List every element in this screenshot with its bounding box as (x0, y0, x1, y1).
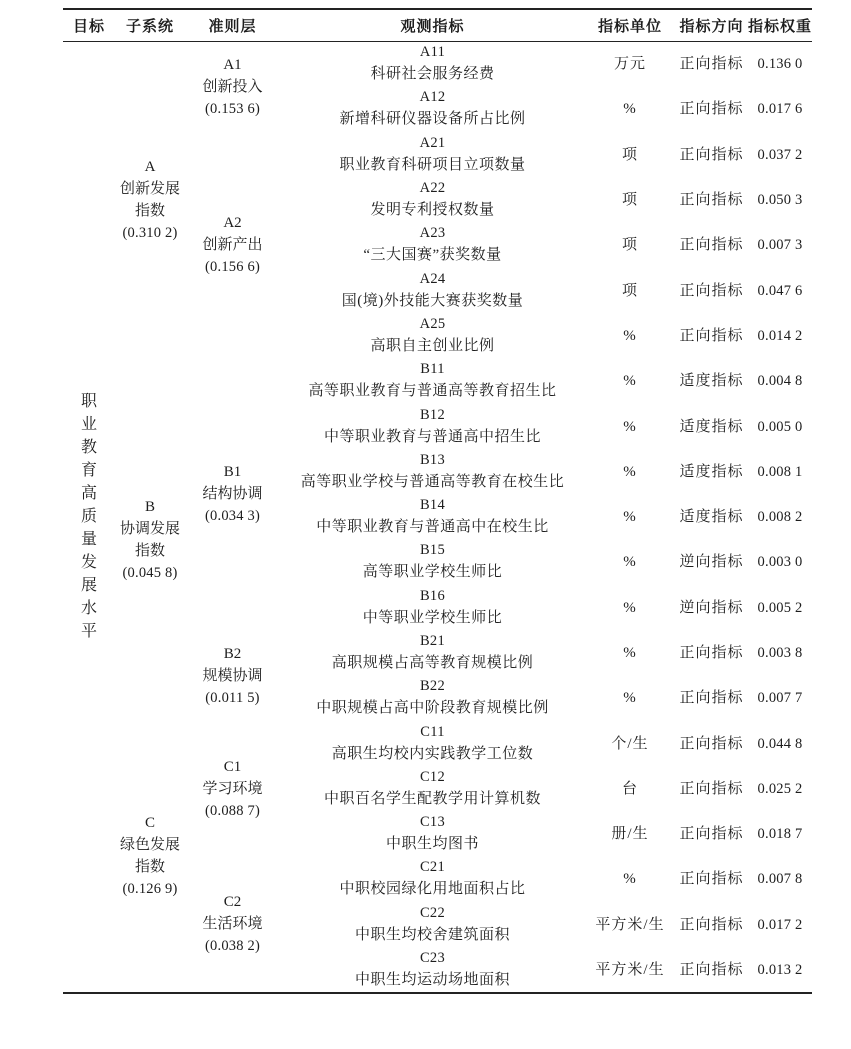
indicator-code: B12 (280, 405, 585, 426)
indicator-name: 国(境)外技能大赛获奖数量 (280, 290, 585, 313)
goal-cell: 职 业 教 育 高 质 量 发 展 水 平 (63, 42, 115, 993)
goal-char: 高 (81, 482, 97, 505)
indicator-cell: B14 中等职业教育与普通高中在校生比 (280, 494, 585, 539)
criterion-name: 学习环境 (185, 778, 280, 800)
table-row: B 协调发展 指数 (0.045 8) B1 结构协调 (0.034 3) B1… (63, 359, 812, 404)
indicator-name: 中职生均校舍建筑面积 (280, 924, 585, 947)
weight-cell: 0.050 3 (748, 177, 812, 222)
indicator-cell: A11 科研社会服务经费 (280, 42, 585, 87)
header-direction: 指标方向 (675, 9, 748, 42)
indicator-name: 中职生均运动场地面积 (280, 969, 585, 992)
direction-cell: 逆向指标 (675, 540, 748, 585)
indicator-code: A12 (280, 87, 585, 108)
goal-char: 职 (81, 390, 97, 413)
indicator-code: C21 (280, 857, 585, 878)
criterion-code: B1 (185, 461, 280, 483)
indicator-name: 中职生均图书 (280, 833, 585, 856)
unit-cell: 项 (585, 268, 675, 313)
criterion-weight: (0.038 2) (185, 935, 280, 957)
criterion-weight: (0.088 7) (185, 800, 280, 822)
indicator-code: B14 (280, 495, 585, 516)
criterion-weight: (0.034 3) (185, 505, 280, 527)
direction-cell: 正向指标 (675, 268, 748, 313)
indicator-cell: C11 高职生均校内实践教学工位数 (280, 721, 585, 766)
weight-cell: 0.003 8 (748, 630, 812, 675)
indicator-name: 高等职业教育与普通高等教育招生比 (280, 380, 585, 403)
weight-cell: 0.025 2 (748, 766, 812, 811)
goal-char: 量 (81, 528, 97, 551)
unit-cell: 个/生 (585, 721, 675, 766)
unit-cell: 项 (585, 177, 675, 222)
unit-cell: 万元 (585, 42, 675, 87)
indicator-code: B21 (280, 631, 585, 652)
indicator-name: 中职百名学生配教学用计算机数 (280, 788, 585, 811)
weight-cell: 0.136 0 (748, 42, 812, 87)
weight-cell: 0.037 2 (748, 132, 812, 177)
unit-cell: % (585, 494, 675, 539)
indicator-name: 高等职业学校生师比 (280, 561, 585, 584)
criterion-name: 生活环境 (185, 913, 280, 935)
indicator-cell: A22 发明专利授权数量 (280, 177, 585, 222)
weight-cell: 0.017 2 (748, 902, 812, 947)
direction-cell: 正向指标 (675, 857, 748, 902)
header-unit: 指标单位 (585, 9, 675, 42)
header-row: 目标 子系统 准则层 观测指标 指标单位 指标方向 指标权重 (63, 9, 812, 42)
indicator-code: A23 (280, 223, 585, 244)
criterion-code: B2 (185, 643, 280, 665)
indicator-code: C12 (280, 767, 585, 788)
direction-cell: 适度指标 (675, 449, 748, 494)
indicator-name: 高等职业学校与普通高等教育在校生比 (280, 471, 585, 494)
subsystem-weight: (0.045 8) (115, 562, 185, 584)
criterion-name: 结构协调 (185, 483, 280, 505)
weight-cell: 0.005 0 (748, 404, 812, 449)
subsystem-weight: (0.126 9) (115, 878, 185, 900)
subsystem-code: A (115, 156, 185, 178)
indicator-cell: C23 中职生均运动场地面积 (280, 947, 585, 992)
weight-cell: 0.018 7 (748, 812, 812, 857)
indicator-cell: B16 中等职业学校生师比 (280, 585, 585, 630)
indicator-code: C22 (280, 903, 585, 924)
unit-cell: % (585, 404, 675, 449)
direction-cell: 正向指标 (675, 812, 748, 857)
unit-cell: % (585, 630, 675, 675)
weight-cell: 0.007 8 (748, 857, 812, 902)
indicator-table-wrap: 目标 子系统 准则层 观测指标 指标单位 指标方向 指标权重 职 业 教 育 高… (63, 8, 812, 994)
indicator-cell: B15 高等职业学校生师比 (280, 540, 585, 585)
indicator-code: C11 (280, 722, 585, 743)
weight-cell: 0.017 6 (748, 87, 812, 132)
goal-char: 发 (81, 551, 97, 574)
subsystem-weight: (0.310 2) (115, 222, 185, 244)
criterion-name: 规模协调 (185, 665, 280, 687)
indicator-code: A25 (280, 314, 585, 335)
goal-vertical-label: 职 业 教 育 高 质 量 发 展 水 平 (63, 390, 115, 643)
subsystem-name: 指数 (115, 540, 185, 562)
goal-char: 育 (81, 459, 97, 482)
weight-cell: 0.004 8 (748, 359, 812, 404)
indicator-name: 发明专利授权数量 (280, 199, 585, 222)
unit-cell: % (585, 449, 675, 494)
unit-cell: 平方米/生 (585, 947, 675, 992)
direction-cell: 正向指标 (675, 721, 748, 766)
weight-cell: 0.044 8 (748, 721, 812, 766)
subsystem-name: 指数 (115, 200, 185, 222)
direction-cell: 正向指标 (675, 902, 748, 947)
criterion-cell-b1: B1 结构协调 (0.034 3) (185, 359, 280, 631)
unit-cell: 项 (585, 132, 675, 177)
weight-cell: 0.008 2 (748, 494, 812, 539)
weight-cell: 0.013 2 (748, 947, 812, 992)
indicator-code: A22 (280, 178, 585, 199)
indicator-name: 中职校园绿化用地面积占比 (280, 878, 585, 901)
indicator-cell: C21 中职校园绿化用地面积占比 (280, 857, 585, 902)
direction-cell: 正向指标 (675, 87, 748, 132)
unit-cell: % (585, 313, 675, 358)
header-weight: 指标权重 (748, 9, 812, 42)
indicator-code: B22 (280, 676, 585, 697)
indicator-name: 科研社会服务经费 (280, 63, 585, 86)
criterion-weight: (0.153 6) (185, 98, 280, 120)
subsystem-name: 创新发展 (115, 178, 185, 200)
subsystem-cell-a: A 创新发展 指数 (0.310 2) (115, 42, 185, 359)
indicator-name: 中职规模占高中阶段教育规模比例 (280, 697, 585, 720)
indicator-cell: A24 国(境)外技能大赛获奖数量 (280, 268, 585, 313)
header-subsystem: 子系统 (115, 9, 185, 42)
unit-cell: 平方米/生 (585, 902, 675, 947)
criterion-name: 创新投入 (185, 76, 280, 98)
weight-cell: 0.014 2 (748, 313, 812, 358)
goal-char: 教 (81, 436, 97, 459)
unit-cell: % (585, 676, 675, 721)
unit-cell: 册/生 (585, 812, 675, 857)
criterion-code: A1 (185, 54, 280, 76)
criterion-code: C2 (185, 891, 280, 913)
header-goal: 目标 (63, 9, 115, 42)
indicator-code: B15 (280, 540, 585, 561)
indicator-name: 中等职业教育与普通高中招生比 (280, 426, 585, 449)
criterion-weight: (0.011 5) (185, 687, 280, 709)
goal-char: 平 (81, 620, 97, 643)
direction-cell: 适度指标 (675, 404, 748, 449)
indicator-cell: B13 高等职业学校与普通高等教育在校生比 (280, 449, 585, 494)
direction-cell: 正向指标 (675, 177, 748, 222)
direction-cell: 正向指标 (675, 42, 748, 87)
weight-cell: 0.003 0 (748, 540, 812, 585)
indicator-name: 职业教育科研项目立项数量 (280, 154, 585, 177)
unit-cell: % (585, 585, 675, 630)
table-row: 职 业 教 育 高 质 量 发 展 水 平 A 创新发展 指数 (0.310 2… (63, 42, 812, 87)
indicator-cell: B21 高职规模占高等教育规模比例 (280, 630, 585, 675)
weight-cell: 0.047 6 (748, 268, 812, 313)
indicator-cell: B12 中等职业教育与普通高中招生比 (280, 404, 585, 449)
direction-cell: 正向指标 (675, 313, 748, 358)
subsystem-code: B (115, 496, 185, 518)
subsystem-name: 协调发展 (115, 518, 185, 540)
criterion-code: A2 (185, 212, 280, 234)
indicator-code: A24 (280, 269, 585, 290)
weight-cell: 0.008 1 (748, 449, 812, 494)
indicator-code: C13 (280, 812, 585, 833)
unit-cell: 台 (585, 766, 675, 811)
direction-cell: 正向指标 (675, 223, 748, 268)
indicator-name: “三大国赛”获奖数量 (280, 244, 585, 267)
subsystem-code: C (115, 812, 185, 834)
indicator-name: 高职规模占高等教育规模比例 (280, 652, 585, 675)
indicator-name: 中等职业学校生师比 (280, 607, 585, 630)
indicator-cell: B22 中职规模占高中阶段教育规模比例 (280, 676, 585, 721)
goal-char: 展 (81, 574, 97, 597)
criterion-cell-a1: A1 创新投入 (0.153 6) (185, 42, 280, 133)
goal-char: 质 (81, 505, 97, 528)
unit-cell: % (585, 857, 675, 902)
direction-cell: 正向指标 (675, 630, 748, 675)
indicator-cell: A25 高职自主创业比例 (280, 313, 585, 358)
indicator-system-table: 目标 子系统 准则层 观测指标 指标单位 指标方向 指标权重 职 业 教 育 高… (63, 8, 812, 994)
criterion-cell-c1: C1 学习环境 (0.088 7) (185, 721, 280, 857)
criterion-name: 创新产出 (185, 234, 280, 256)
subsystem-name: 绿色发展 (115, 834, 185, 856)
criterion-cell-b2: B2 规模协调 (0.011 5) (185, 630, 280, 721)
indicator-name: 中等职业教育与普通高中在校生比 (280, 516, 585, 539)
unit-cell: % (585, 359, 675, 404)
weight-cell: 0.007 3 (748, 223, 812, 268)
indicator-name: 新增科研仪器设备所占比例 (280, 108, 585, 131)
indicator-code: A21 (280, 133, 585, 154)
indicator-name: 高职生均校内实践教学工位数 (280, 743, 585, 766)
indicator-cell: C13 中职生均图书 (280, 812, 585, 857)
indicator-code: B11 (280, 359, 585, 380)
direction-cell: 正向指标 (675, 132, 748, 177)
goal-char: 水 (81, 597, 97, 620)
indicator-code: B13 (280, 450, 585, 471)
unit-cell: % (585, 87, 675, 132)
indicator-code: A11 (280, 42, 585, 63)
weight-cell: 0.007 7 (748, 676, 812, 721)
unit-cell: % (585, 540, 675, 585)
weight-cell: 0.005 2 (748, 585, 812, 630)
unit-cell: 项 (585, 223, 675, 268)
direction-cell: 正向指标 (675, 766, 748, 811)
criterion-cell-c2: C2 生活环境 (0.038 2) (185, 857, 280, 993)
indicator-name: 高职自主创业比例 (280, 335, 585, 358)
direction-cell: 正向指标 (675, 947, 748, 992)
criterion-weight: (0.156 6) (185, 256, 280, 278)
criterion-code: C1 (185, 756, 280, 778)
goal-char: 业 (81, 413, 97, 436)
header-indicator: 观测指标 (280, 9, 585, 42)
subsystem-cell-b: B 协调发展 指数 (0.045 8) (115, 359, 185, 721)
indicator-cell: A23 “三大国赛”获奖数量 (280, 223, 585, 268)
indicator-cell: B11 高等职业教育与普通高等教育招生比 (280, 359, 585, 404)
direction-cell: 逆向指标 (675, 585, 748, 630)
direction-cell: 适度指标 (675, 494, 748, 539)
indicator-code: B16 (280, 586, 585, 607)
indicator-cell: C22 中职生均校舍建筑面积 (280, 902, 585, 947)
subsystem-name: 指数 (115, 856, 185, 878)
indicator-cell: A12 新增科研仪器设备所占比例 (280, 87, 585, 132)
direction-cell: 适度指标 (675, 359, 748, 404)
direction-cell: 正向指标 (675, 676, 748, 721)
table-row: C 绿色发展 指数 (0.126 9) C1 学习环境 (0.088 7) C1… (63, 721, 812, 766)
indicator-cell: C12 中职百名学生配教学用计算机数 (280, 766, 585, 811)
subsystem-cell-c: C 绿色发展 指数 (0.126 9) (115, 721, 185, 993)
criterion-cell-a2: A2 创新产出 (0.156 6) (185, 132, 280, 358)
indicator-cell: A21 职业教育科研项目立项数量 (280, 132, 585, 177)
header-criterion: 准则层 (185, 9, 280, 42)
indicator-code: C23 (280, 948, 585, 969)
page: { "colors": { "text": "#1d1d1d", "rule":… (0, 0, 851, 1049)
